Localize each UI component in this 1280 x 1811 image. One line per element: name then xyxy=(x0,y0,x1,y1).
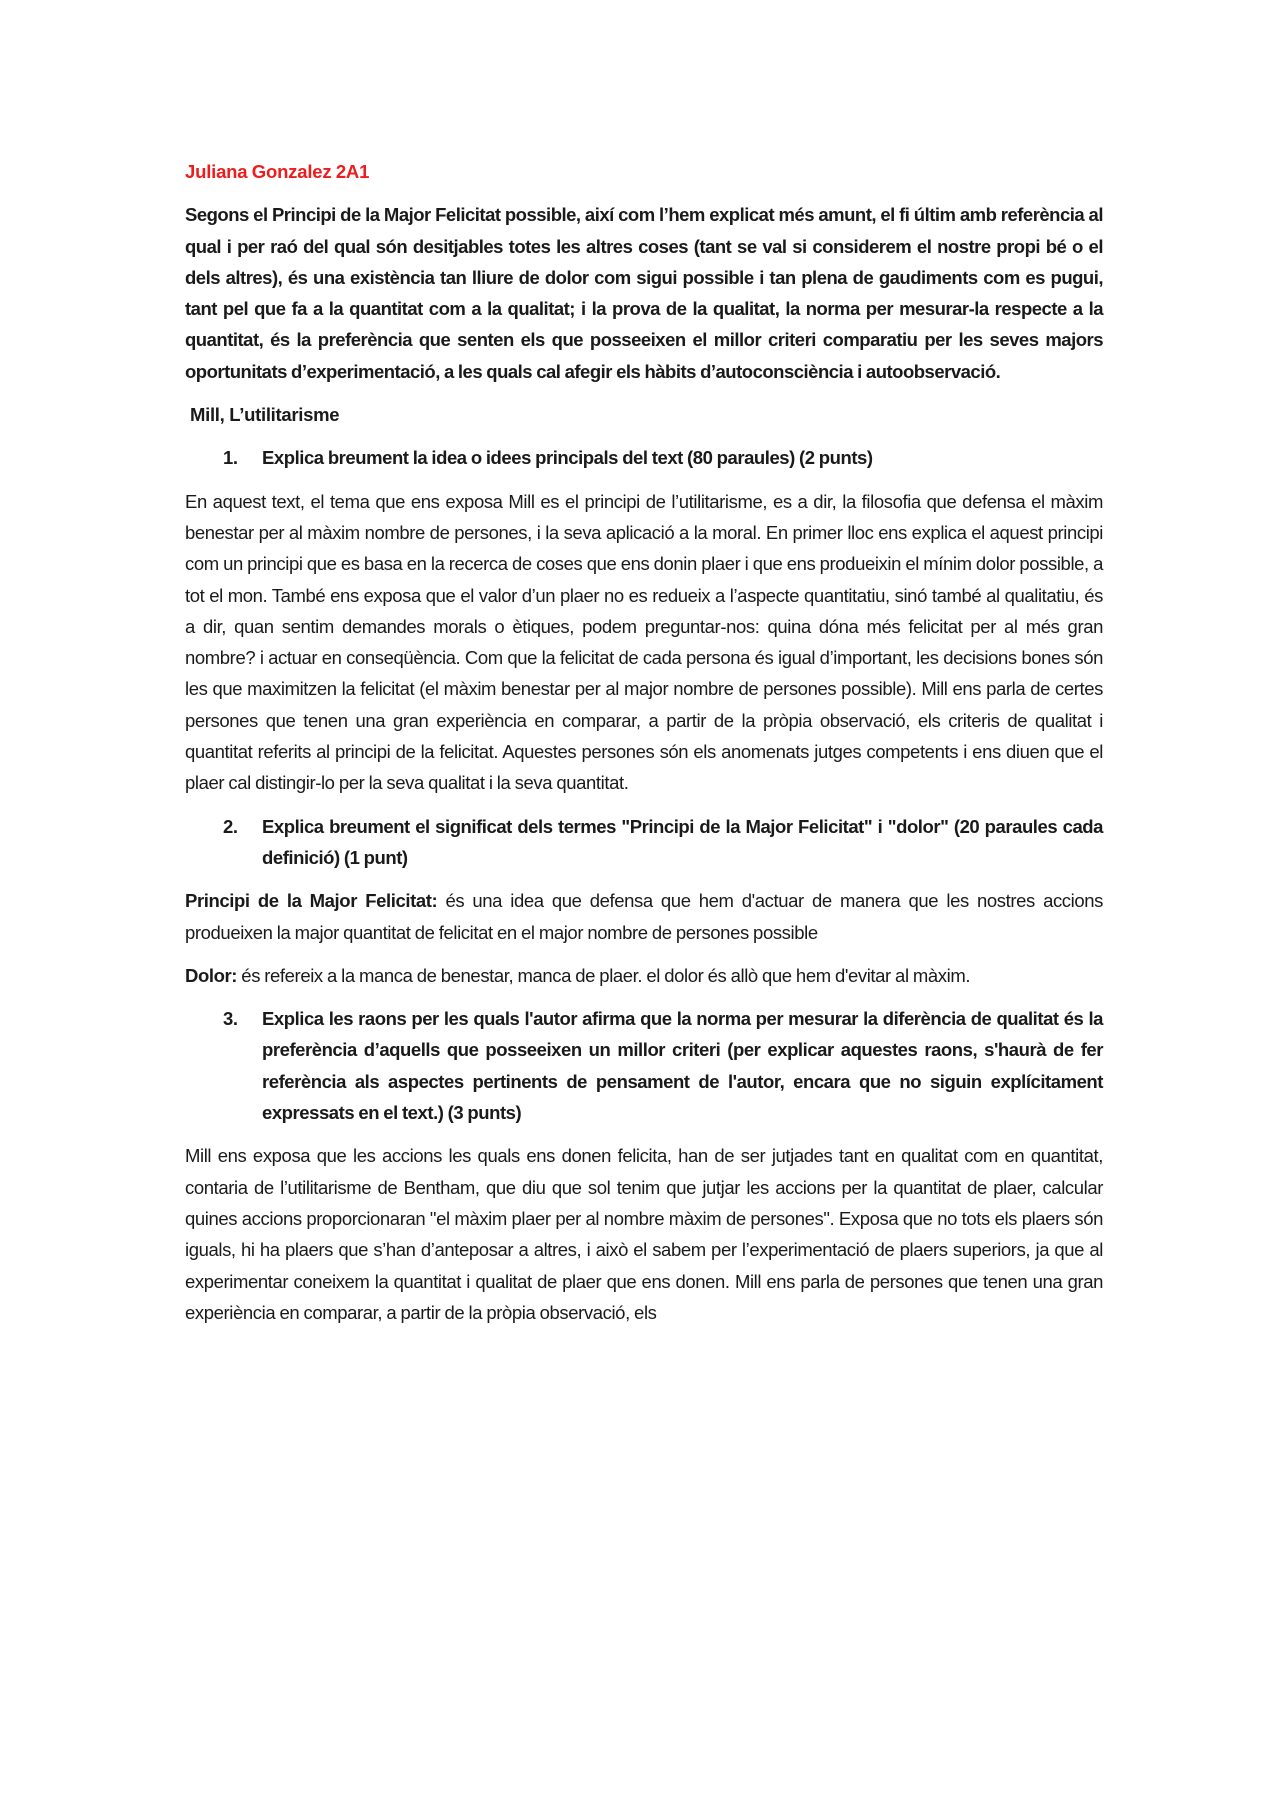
definition-term: Principi de la Major Felicitat: xyxy=(185,890,437,911)
definition-dolor: Dolor: és refereix a la manca de benesta… xyxy=(185,960,1103,991)
question-text: Explica les raons per les quals l'autor … xyxy=(262,1003,1103,1128)
question-text: Explica breument la idea o idees princip… xyxy=(262,442,1103,473)
definition-text: és refereix a la manca de benestar, manc… xyxy=(237,965,970,986)
quote-source: Mill, L’utilitarisme xyxy=(190,399,1103,430)
question-3: 3. Explica les raons per les quals l'aut… xyxy=(185,1003,1103,1128)
answer-3: Mill ens exposa que les accions les qual… xyxy=(185,1140,1103,1328)
question-1: 1. Explica breument la idea o idees prin… xyxy=(185,442,1103,473)
question-number: 2. xyxy=(223,811,262,874)
question-2: 2. Explica breument el significat dels t… xyxy=(185,811,1103,874)
definition-term: Dolor: xyxy=(185,965,237,986)
definition-principi: Principi de la Major Felicitat: és una i… xyxy=(185,885,1103,948)
question-number: 3. xyxy=(223,1003,262,1128)
question-number: 1. xyxy=(223,442,262,473)
answer-1: En aquest text, el tema que ens exposa M… xyxy=(185,486,1103,799)
source-quote: Segons el Principi de la Major Felicitat… xyxy=(185,199,1103,387)
document-page: Juliana Gonzalez 2A1 Segons el Principi … xyxy=(185,156,1103,1340)
author-line: Juliana Gonzalez 2A1 xyxy=(185,156,1103,187)
question-text: Explica breument el significat dels term… xyxy=(262,811,1103,874)
